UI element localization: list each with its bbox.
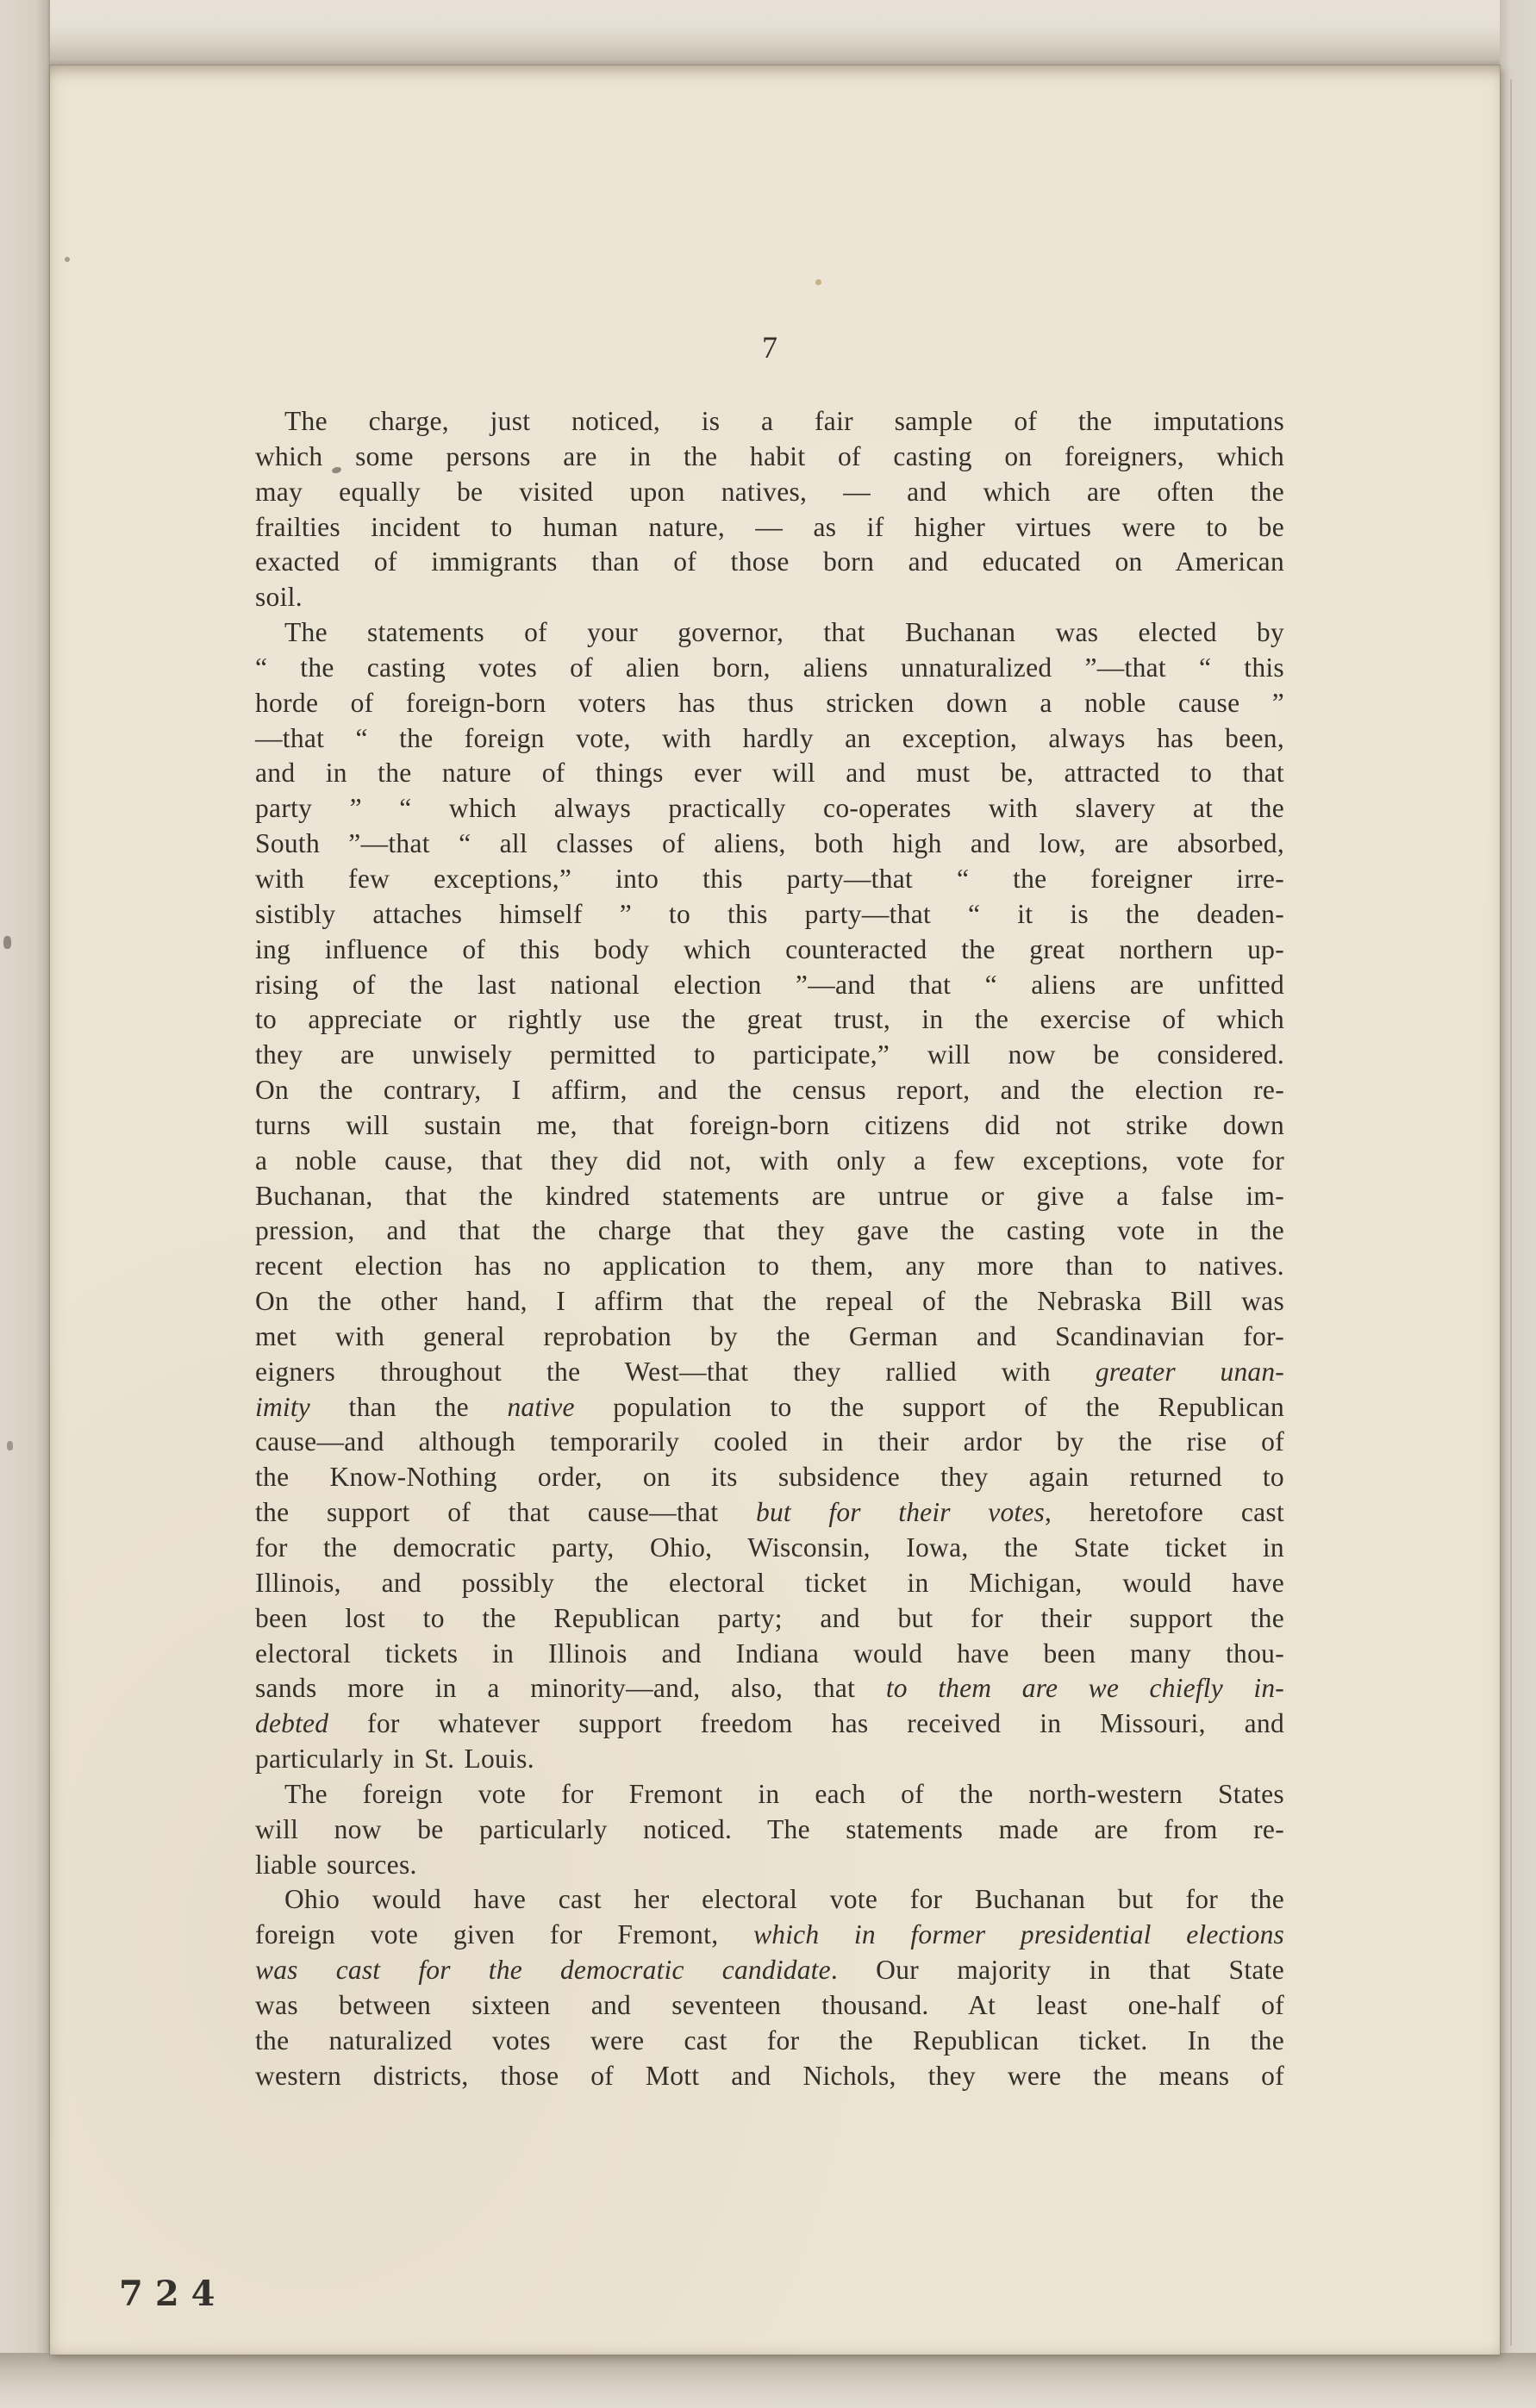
text-line: the support of that cause—that but for t… [255,1495,1284,1531]
text-line: —that “ the foreign vote, with hardly an… [255,721,1284,757]
text-line: On the contrary, I affirm, and the censu… [255,1073,1284,1108]
text-line: eigners throughout the West—that they ra… [255,1355,1284,1390]
scanned-page: 7 The charge, just noticed, is a fair sa… [50,66,1500,2355]
scan-background-top [0,0,1536,67]
text-line: sistibly attaches himself ” to this part… [255,897,1284,933]
text-line: foreign vote given for Fremont, which in… [255,1918,1284,1953]
text-line: which some persons are in the habit of c… [255,440,1284,475]
text-line: South ”—that “ all classes of aliens, bo… [255,827,1284,862]
text-line: rising of the last national election ”—a… [255,968,1284,1003]
text-line: with few exceptions,” into this party—th… [255,862,1284,897]
text-line: was cast for the democratic candidate. O… [255,1953,1284,1988]
scan-blemish [65,257,70,262]
text-line: the Know-Nothing order, on its subsidenc… [255,1460,1284,1495]
text-line: Ohio would have cast her electoral vote … [255,1882,1284,1918]
text-line: On the other hand, I affirm that the rep… [255,1284,1284,1319]
scan-background-left [0,0,50,2408]
paper-stain [815,279,821,285]
text-line: particularly in St. Louis. [255,1742,1284,1777]
text-line: will now be particularly noticed. The st… [255,1812,1284,1848]
page-number: 7 [255,329,1284,365]
text-line: for the democratic party, Ohio, Wisconsi… [255,1531,1284,1566]
text-line: debted for whatever support freedom has … [255,1706,1284,1742]
text-line: imity than the native population to the … [255,1390,1284,1425]
text-line: they are unwisely permitted to participa… [255,1038,1284,1073]
text-line: turns will sustain me, that foreign-born… [255,1108,1284,1144]
paragraph: The statements of your governor, that Bu… [255,615,1284,1777]
text-line: The foreign vote for Fremont in each of … [255,1777,1284,1812]
scan-background-bottom [0,2353,1536,2408]
text-line: The statements of your governor, that Bu… [255,615,1284,651]
text-line: and in the nature of things ever will an… [255,756,1284,791]
text-line: “ the casting votes of alien born, alien… [255,651,1284,686]
text-line: sands more in a minority—and, also, that… [255,1671,1284,1706]
text-line: party ” “ which always practically co-op… [255,791,1284,827]
text-line: exacted of immigrants than of those born… [255,545,1284,580]
scan-canvas: 7 The charge, just noticed, is a fair sa… [0,0,1536,2408]
text-line: was between sixteen and seventeen thousa… [255,1988,1284,2024]
text-line: Buchanan, that the kindred statements ar… [255,1179,1284,1214]
text-line: The charge, just noticed, is a fair samp… [255,404,1284,440]
paragraph: The charge, just noticed, is a fair samp… [255,404,1284,615]
text-line: pression, and that the charge that they … [255,1213,1284,1249]
text-line: Illinois, and possibly the electoral tic… [255,1566,1284,1601]
text-line: horde of foreign-born voters has thus st… [255,686,1284,721]
text-line: western districts, those of Mott and Nic… [255,2059,1284,2094]
text-line: liable sources. [255,1848,1284,1883]
scan-background-right [1500,0,1536,2408]
text-line: a noble cause, that they did not, with o… [255,1144,1284,1179]
text-line: to appreciate or rightly use the great t… [255,1002,1284,1038]
text-line: soil. [255,580,1284,615]
text-line: recent election has no application to th… [255,1249,1284,1284]
text-line: the naturalized votes were cast for the … [255,2024,1284,2059]
paragraph: The foreign vote for Fremont in each of … [255,1777,1284,1883]
text-line: may equally be visited upon natives, — a… [255,475,1284,510]
stamp-number: 724 [119,2274,228,2314]
text-line: been lost to the Republican party; and b… [255,1601,1284,1637]
text-line: ing influence of this body which counter… [255,933,1284,968]
text-line: electoral tickets in Illinois and Indian… [255,1637,1284,1672]
text-line: met with general reprobation by the Germ… [255,1319,1284,1355]
text-block: The charge, just noticed, is a fair samp… [255,404,1284,2094]
underlying-page-edge [1510,79,1512,2346]
paragraph: Ohio would have cast her electoral vote … [255,1882,1284,2093]
text-line: frailties incident to human nature, — as… [255,510,1284,546]
text-line: cause—and although temporarily cooled in… [255,1425,1284,1460]
